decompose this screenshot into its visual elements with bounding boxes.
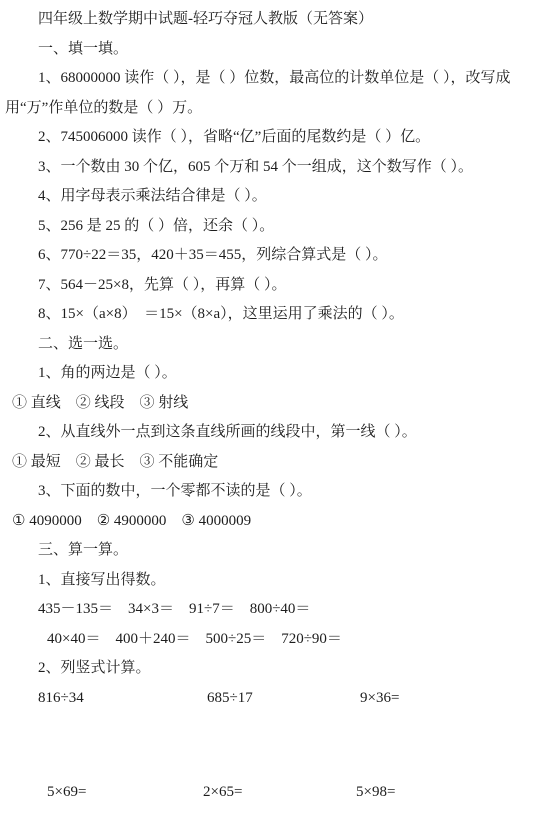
vertical-calc-problem-4: 5×69= [47,778,86,808]
vertical-calc-problem-2: 685÷17 [207,684,253,714]
choice-question-2: 2、从直线外一点到这条直线所画的线段中，第一线（ ）。 [5,418,560,448]
fill-question-4: 4、用字母表示乘法结合律是（ ）。 [5,182,560,212]
fill-question-7: 7、564－25×8，先算（ ），再算（ ）。 [5,271,560,301]
test-paper-document: 四年级上数学期中试题-轻巧夺冠人教版（无答案） 一、填一填。 1、6800000… [0,0,560,838]
fill-question-2: 2、745006000 读作（ ），省略“亿”后面的尾数约是（ ）亿。 [5,123,560,153]
choice-question-1: 1、角的两边是（ ）。 [5,359,560,389]
vertical-calc-problem-1: 816÷34 [38,684,84,714]
fill-question-8: 8、15×（a×8） ＝15×（8×a），这里运用了乘法的（ ）。 [5,300,560,330]
choice-question-2-options: ① 最短 ② 最长 ③ 不能确定 [5,448,560,478]
vertical-calc-problem-5: 2×65= [203,778,242,808]
section-choice-heading: 二、选一选。 [5,330,560,360]
calc-sub1-heading: 1、直接写出得数。 [5,566,560,596]
calc-sub2-heading: 2、列竖式计算。 [5,654,560,684]
choice-question-3: 3、下面的数中，一个零都不读的是（ ）。 [5,477,560,507]
fill-question-5: 5、256 是 25 的（ ）倍，还余（ ）。 [5,212,560,242]
fill-question-6: 6、770÷22＝35，420＋35＝455，列综合算式是（ ）。 [5,241,560,271]
vertical-calc-problem-3: 9×36= [360,684,399,714]
choice-question-1-options: ① 直线 ② 线段 ③ 射线 [5,389,560,419]
fill-question-3: 3、一个数由 30 个亿，605 个万和 54 个一组成，这个数写作（ ）。 [5,153,560,183]
oral-calc-row-1: 435－135＝ 34×3＝ 91÷7＝ 800÷40＝ [5,595,560,625]
fill-question-1-line-1: 1、68000000 读作（ ），是（ ）位数，最高位的计数单位是（ ），改写成 [5,64,560,94]
fill-question-1-line-2: 用“万”作单位的数是（ ）万。 [5,94,560,124]
doc-title: 四年级上数学期中试题-轻巧夺冠人教版（无答案） [5,5,560,35]
vertical-calc-row-2: 5×69= 2×65= 5×98= [5,778,560,808]
choice-question-3-options: ① 4090000 ② 4900000 ③ 4000009 [5,507,560,537]
vertical-calc-row-1: 816÷34 685÷17 9×36= [5,684,560,714]
section-calc-heading: 三、算一算。 [5,536,560,566]
section-fill-heading: 一、填一填。 [5,35,560,65]
vertical-calc-problem-6: 5×98= [356,778,395,808]
oral-calc-row-2: 40×40＝ 400＋240＝ 500÷25＝ 720÷90＝ [5,625,560,655]
